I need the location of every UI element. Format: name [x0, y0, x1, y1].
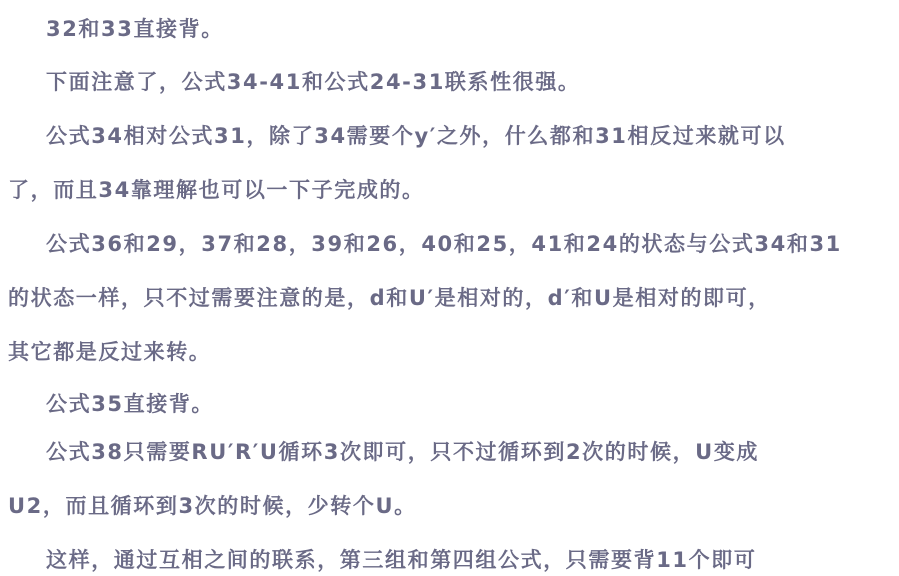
paragraph-3-line-1: 公式34相对公式31，除了34需要个y′之外，什么都和31相反过来就可以 [46, 123, 786, 149]
paragraph-4-line-2: 的状态一样，只不过需要注意的是，d和U′是相对的，d′和U是相对的即可， [8, 285, 771, 311]
paragraph-6-line-1: 公式38只需要RU′R′U循环3次即可，只不过循环到2次的时候，U变成 [46, 439, 759, 465]
paragraph-6-line-2: U2，而且循环到3次的时候，少转个U。 [8, 493, 417, 519]
paragraph-4-line-3: 其它都是反过来转。 [8, 339, 211, 365]
paragraph-3-line-2: 了，而且34靠理解也可以一下子完成的。 [8, 177, 425, 203]
paragraph-5-line-1: 公式35直接背。 [46, 391, 214, 417]
paragraph-2-line-1: 下面注意了，公式34-41和公式24-31联系性很强。 [46, 69, 581, 95]
paragraph-1-line-1: 32和33直接背。 [46, 16, 224, 42]
paragraph-4-line-1: 公式36和29，37和28，39和26，40和25，41和24的状态与公式34和… [46, 231, 842, 257]
paragraph-7-line-1: 这样，通过互相之间的联系，第三组和第四组公式，只需要背11个即可 [46, 547, 756, 573]
